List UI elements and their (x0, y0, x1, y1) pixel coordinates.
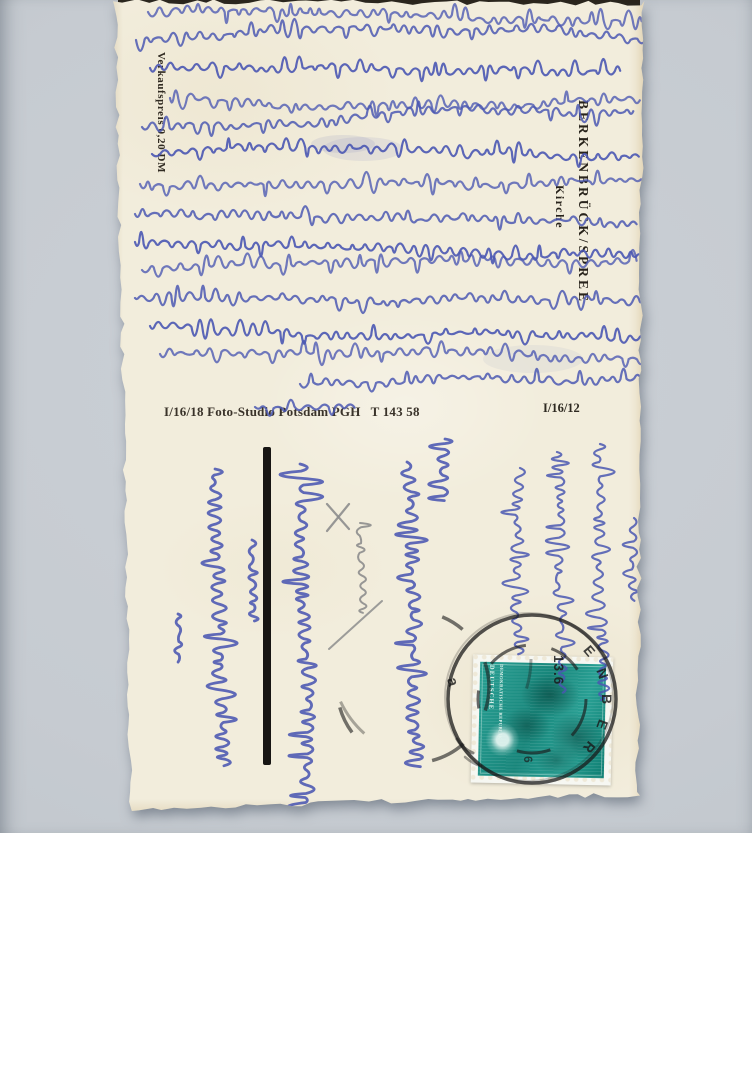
svg-text:N: N (593, 666, 611, 681)
address-handwriting (175, 439, 452, 811)
svg-text:a: a (443, 676, 462, 689)
postmark-secondary: a (331, 559, 531, 763)
svg-text:13.6: 13.6 (551, 655, 566, 685)
scanned-postcard-page: Verkaufspreis 0,20 DM BERKENBRÜCK/SPREE … (0, 0, 752, 1072)
svg-text:6: 6 (521, 756, 535, 763)
postcard: Verkaufspreis 0,20 DM BERKENBRÜCK/SPREE … (113, 0, 645, 813)
page-margin (0, 833, 752, 1072)
handwriting-and-postmark-overlay: ENBER13.66a (113, 0, 645, 813)
svg-text:B: B (599, 694, 615, 704)
postmark-main: ENBER13.66 (445, 613, 616, 783)
postcard-back: Verkaufspreis 0,20 DM BERKENBRÜCK/SPREE … (113, 0, 645, 813)
svg-text:E: E (580, 642, 598, 659)
pencil-annotation (327, 504, 382, 649)
